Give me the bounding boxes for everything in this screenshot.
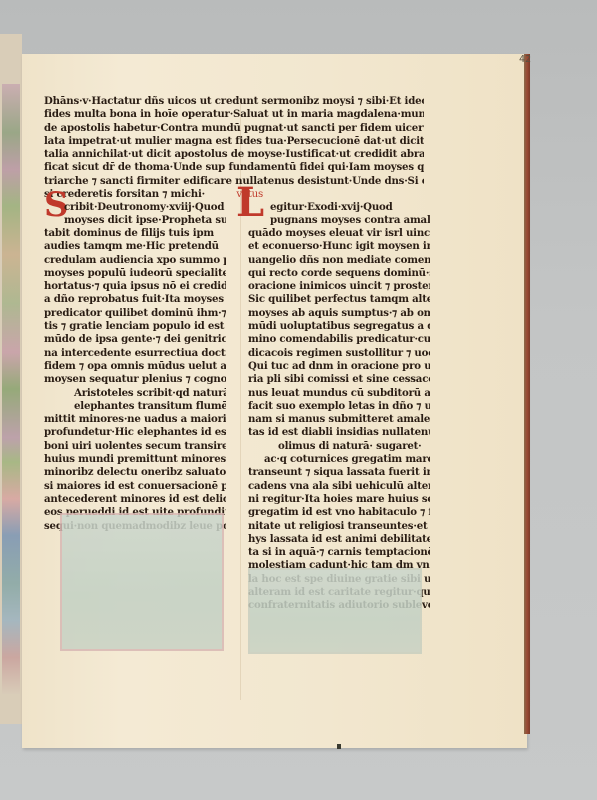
text-line: tis ⁊ gratie lenciam populo id est toti [44, 320, 226, 333]
text-line: nus leuat mundus cū subditorū aias [248, 387, 430, 400]
text-line: uangelio dñs non mediate comendauit· [248, 254, 430, 267]
right-column-text-body: quādo moyses eleuat vir isrl̄ uincebat e… [248, 227, 430, 613]
text-line: credulam audiencia xpo summo pphe [44, 254, 226, 267]
quail-illustration [248, 568, 422, 654]
text-line: cadens vna ala sibi uehiculū altera ma [248, 480, 430, 493]
text-line: ta si in aquā·⁊ carnis temptacionē seu [248, 546, 430, 559]
text-line: Sic quilibet perfectus tamqm alter [248, 293, 430, 306]
text-line: antecederent minores id est delicatiores [44, 493, 226, 506]
catchword-mark [337, 744, 341, 749]
text-line: elephantes transitum flumē pmo [44, 400, 226, 413]
folio-number: 42 [519, 54, 531, 65]
text-line: na intercedente esurrectiua doctrinā au [44, 347, 226, 360]
text-line: hortatus·⁊ quia ipsus nō ei credidit [44, 280, 226, 293]
text-line: tabit dominus de filijs tuis ipm [44, 227, 226, 240]
text-line: mūdi uoluptatibus segregatus a do [248, 320, 430, 333]
text-line: mino comendabilis predicatur·cui ad p [248, 333, 430, 346]
text-line: nitate ut religiosi transeuntes·et vna c… [248, 520, 430, 533]
text-line: Qui tuc ad dnm in oracione pro uicto [248, 360, 430, 373]
right-column-text: egitur·Exodi·xvij·Quod pugnans moyses co… [248, 201, 430, 228]
text-line: facit suo exemplo letas in dño ⁊ uacidis… [248, 400, 430, 413]
text-line: moyses dicit ipse·Propheta suscitabit [64, 214, 226, 227]
text-line: dicacois regimen sustollitur ⁊ uocitur· [248, 347, 430, 360]
text-line: et econuerso·Hunc igit moysen in e [248, 240, 430, 253]
text-line: oracione inimicos uincit ⁊ prosternit· [248, 280, 430, 293]
text-line: tas id est diabli insidias nullatenus [248, 426, 430, 439]
text-line: quādo moyses eleuat vir isrl̄ uincebat [248, 227, 430, 240]
text-line: olimus di naturā· sugaret· [248, 440, 430, 453]
text-line: talia annichilat·ut dicit apostolus de m… [44, 148, 424, 161]
text-line: mittit minores·ne uadus a maioribz [44, 413, 226, 426]
text-line: boni uiri uolentes secum transire flumē [44, 440, 226, 453]
text-line: gregatim id est vno habitaculo ⁊ frater [248, 506, 430, 519]
text-line: moyses ab aquis sumptus·⁊ ab omibz [248, 307, 430, 320]
text-line: egitur·Exodi·xvij·Quod [270, 201, 430, 214]
elephant-illustration [60, 513, 224, 651]
text-segment: Aristoteles scribit·qd naturā [74, 387, 226, 399]
text-line: ficat sicut dr̄ de thoma·Unde sup fundam… [44, 161, 424, 174]
text-line: lata impetrat·ut mulier magna est fides … [44, 135, 424, 148]
text-line: mūdo de ipsa gente·⁊ dei genitrice ma [44, 333, 226, 346]
text-line: Aristoteles scribit·qd naturā [44, 387, 226, 400]
text-line: ac·q coturnices gregatim mare [248, 453, 430, 466]
text-line: pugnans moyses contra amalech· [270, 214, 430, 227]
text-line: predicator quilibet dominū ihm·⁊ salu [44, 307, 226, 320]
text-line: ni regitur·Ita hoies mare huius seculi [248, 493, 430, 506]
text-line: profundetur·Hic elephantes id est [44, 426, 226, 439]
text-line: ria pli sibi comissi et sine cessacōe ma [248, 373, 430, 386]
text-line: qui recto corde sequens dominū·sola [248, 267, 430, 280]
text-line: a dño reprobatus fuit·Ita moyses id est [44, 293, 226, 306]
full-width-text-block: Dhāns·v·Hactatur dñs uicos ut credunt se… [44, 95, 424, 201]
text-line: fides multa bona in hoīe operatur·Saluat… [44, 108, 424, 121]
page-edge-binding [524, 54, 530, 734]
text-line: huius mundi premittunt minores id est [44, 453, 226, 466]
text-line: cribit·Deutronomy·xviij·Quod [64, 201, 226, 214]
text-line: minoribz delectu oneribz saluatos·ne [44, 466, 226, 479]
facing-page-illumination [2, 84, 20, 694]
text-line: si maiores id est conuersacionē perfecti… [44, 480, 226, 493]
text-line: fidem ⁊ opa omnis mūdus uelut alterū [44, 360, 226, 373]
facing-page-edge [0, 34, 22, 724]
text-line: nam si manus submitteret amalech [248, 413, 430, 426]
left-column-text: cribit·Deutronomy·xviij·Quod moyses dici… [44, 201, 226, 228]
text-line: hys lassata id est animi debilitate temp… [248, 533, 430, 546]
text-line: transeunt ⁊ siqua lassata fuerit in aqua [248, 466, 430, 479]
text-line: si crederetis forsitan ⁊ michi· vetus ve… [44, 188, 424, 201]
text-line: audies tamqm me·Hic pretendū [44, 240, 226, 253]
text-line: de apostolis habetur·Contra mundū pugnat… [44, 122, 424, 135]
text-line: Dhāns·v·Hactatur dñs uicos ut credunt se… [44, 95, 424, 108]
text-line: moyses populū iudeorū specialiter est [44, 267, 226, 280]
text-line: triarche ⁊ sancti firmiter edificare nul… [44, 175, 424, 188]
left-column-text-body: tabit dominus de filijs tuis ipm audies … [44, 227, 226, 533]
text-line: moysen sequatur plenius ⁊ cognoscat· [44, 373, 226, 386]
